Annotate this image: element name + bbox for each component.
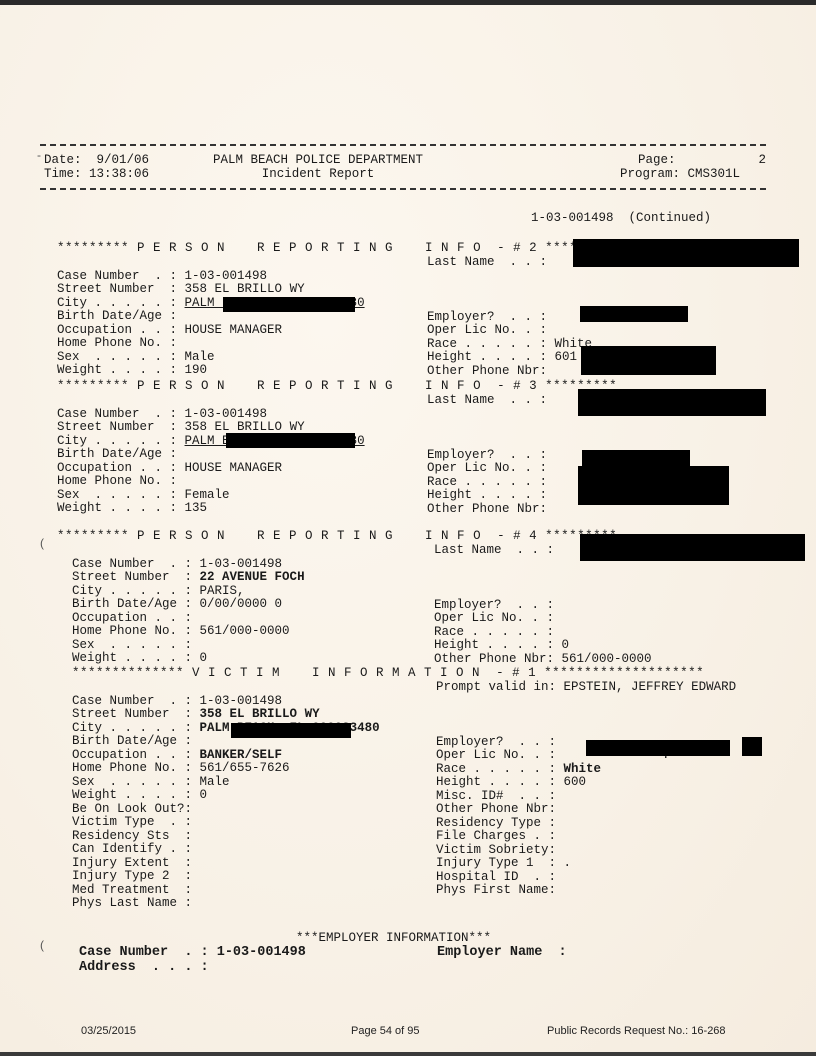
- field-city: City . . . . . : PARIS,: [72, 585, 305, 599]
- footer-date: 03/25/2015: [81, 1025, 136, 1037]
- field-can-identify: Can Identify . :: [72, 843, 380, 857]
- field-other-phone: Other Phone Nbr:: [427, 365, 592, 379]
- field-misc-id: Misc. ID# . . :: [436, 790, 601, 804]
- section-victim-left: Case Number . : 1-03-001498Street Number…: [72, 681, 380, 924]
- field-birth-date: Birth Date/Age :: [57, 448, 365, 462]
- department-name: PALM BEACH POLICE DEPARTMENT: [198, 154, 438, 168]
- field-street-number: Street Number : 22 AVENUE FOCH: [72, 571, 305, 585]
- header-date: Date: 9/01/06: [44, 154, 149, 168]
- redaction-birth-date: [226, 433, 355, 448]
- field-employer-address: Address . . . :: [79, 961, 209, 975]
- field-occupation: Occupation . . : BANKER/SELF: [72, 749, 380, 763]
- section-person-2-right: Employer? . . : Oper Lic No. . :Race . .…: [427, 297, 592, 392]
- field-height: Height . . . . : 601: [427, 351, 592, 365]
- section-person-3-right: Employer? . . :Oper Lic No. . :Race . . …: [427, 435, 547, 530]
- field-other-phone: Other Phone Nbr: 561/000-0000: [434, 653, 652, 667]
- header-program: Program: CMS301L: [620, 168, 740, 182]
- field-sex: Sex . . . . . : Female: [57, 489, 365, 503]
- redaction-birth-date: [231, 723, 351, 738]
- header-rule-top: [40, 144, 766, 146]
- field-weight: Weight . . . . : 0: [72, 789, 380, 803]
- field-oper-lic: Oper Lic No. . :: [434, 612, 652, 626]
- section-person-2-left: Case Number . : 1-03-001498Street Number…: [57, 256, 365, 391]
- field-home-phone: Home Phone No. : 561/655-7626: [72, 762, 380, 776]
- field-residency-sts: Residency Sts :: [72, 830, 380, 844]
- redaction-oper-lic-suffix: [742, 737, 762, 756]
- field-home-phone: Home Phone No. :: [57, 337, 365, 351]
- section-title-person-4: ********* P E R S O N R E P O R T I N G …: [57, 530, 617, 544]
- field-phys-last-name: Phys Last Name :: [72, 897, 380, 911]
- field-case-number: Case Number . : 1-03-001498: [57, 270, 365, 284]
- field-injury-type-2: Injury Type 2 :: [72, 870, 380, 884]
- field-employer: Employer? . . :: [427, 449, 547, 463]
- field-sex: Sex . . . . . : Male: [57, 351, 365, 365]
- field-home-phone: Home Phone No. :: [57, 475, 365, 489]
- margin-mark: -: [37, 148, 41, 162]
- field-case-number: Case Number . : 1-03-001498: [72, 558, 305, 572]
- field-oper-lic: Oper Lic No. . :: [427, 462, 547, 476]
- section-victim-right: Employer? . . :Oper Lic No. . :.Race . .…: [436, 722, 601, 911]
- field-race: Race . . . . . :: [434, 626, 652, 640]
- field-oper-lic: Oper Lic No. . :: [427, 324, 592, 338]
- field-injury-extent: Injury Extent :: [72, 857, 380, 871]
- section-person-3-left: Case Number . : 1-03-001498Street Number…: [57, 394, 365, 529]
- field-weight: Weight . . . . : 135: [57, 502, 365, 516]
- field-file-charges: File Charges . :: [436, 830, 601, 844]
- section-person-3-right-top: Last Name . . :: [427, 394, 547, 408]
- field-occupation: Occupation . . :: [72, 612, 305, 626]
- field-residency-type: Residency Type :: [436, 817, 601, 831]
- section-title-person-3: ********* P E R S O N R E P O R T I N G …: [57, 380, 617, 394]
- case-continued: 1-03-001498 (Continued): [531, 212, 711, 226]
- footer-page: Page 54 of 95: [351, 1025, 420, 1037]
- field-injury-type-1: Injury Type 1 : .: [436, 857, 601, 871]
- field-weight: Weight . . . . : 0: [72, 652, 305, 666]
- field-race: Race . . . . . :: [427, 476, 547, 490]
- report-type: Incident Report: [198, 168, 438, 182]
- field-employer-name: Employer Name :: [437, 946, 567, 960]
- redaction-last-name: [580, 534, 805, 561]
- header-time: Time: 13:38:06: [44, 168, 149, 182]
- section-person-4-left: Case Number . : 1-03-001498Street Number…: [72, 544, 305, 679]
- section-person-2-right-top: Last Name . . :: [427, 256, 547, 270]
- field-employer: Employer? . . :: [436, 736, 601, 750]
- field-street-number: Street Number : 358 EL BRILLO WY: [57, 283, 365, 297]
- field-phys-first-name: Phys First Name:: [436, 884, 601, 898]
- field-street-number: Street Number : 358 EL BRILLO WY: [72, 708, 380, 722]
- margin-mark: (: [40, 536, 44, 550]
- redaction-other-phone: [581, 346, 716, 375]
- redaction-last-name: [573, 239, 799, 267]
- field-victim-type: Victim Type . :: [72, 816, 380, 830]
- field-med-treatment: Med Treatment :: [72, 884, 380, 898]
- field-home-phone: Home Phone No. : 561/000-0000: [72, 625, 305, 639]
- field-sex: Sex . . . . . :: [72, 639, 305, 653]
- field-employer: Employer? . . :: [427, 311, 592, 325]
- redaction-oper-lic: [580, 306, 688, 322]
- field-other-phone: Other Phone Nbr:: [436, 803, 601, 817]
- field-other-phone: Other Phone Nbr:: [427, 503, 547, 517]
- field-height: Height . . . . : 600: [436, 776, 601, 790]
- header-rule-bottom: [40, 188, 766, 190]
- scan-edge-bottom: [0, 1052, 816, 1056]
- field-height: Height . . . . : 0: [434, 639, 652, 653]
- field-hospital-id: Hospital ID . :: [436, 871, 601, 885]
- field-prompt-valid: Prompt valid in: EPSTEIN, JEFFREY EDWARD: [436, 681, 736, 695]
- field-race: Race . . . . . : White: [427, 338, 592, 352]
- redaction-birth-date: [223, 297, 355, 312]
- redaction-last-name: [578, 389, 766, 416]
- redaction-oper-lic: [582, 450, 690, 466]
- field-bolo: Be On Look Out?:: [72, 803, 380, 817]
- scan-edge-top: [0, 0, 816, 5]
- field-employer-case: Case Number . : 1-03-001498: [79, 946, 306, 960]
- section-title-employer: ***EMPLOYER INFORMATION***: [296, 932, 491, 946]
- field-height: Height . . . . :: [427, 489, 547, 503]
- field-case-number: Case Number . : 1-03-001498: [57, 408, 365, 422]
- field-victim-sobriety: Victim Sobriety:: [436, 844, 601, 858]
- redaction-oper-lic: [586, 740, 730, 756]
- field-occupation: Occupation . . : HOUSE MANAGER: [57, 324, 365, 338]
- section-title-victim: ************** V I C T I M I N F O R M A…: [72, 667, 704, 681]
- section-title-person-2: ********* P E R S O N R E P O R T I N G …: [57, 242, 617, 256]
- section-person-4-right-top: Last Name . . :: [434, 544, 554, 558]
- field-occupation: Occupation . . : HOUSE MANAGER: [57, 462, 365, 476]
- footer-request-number: Public Records Request No.: 16-268: [547, 1025, 726, 1037]
- field-sex: Sex . . . . . : Male: [72, 776, 380, 790]
- field-employer: Employer? . . :: [434, 599, 652, 613]
- field-oper-lic: Oper Lic No. . :.: [436, 749, 601, 763]
- margin-mark: (: [40, 938, 44, 952]
- field-race: Race . . . . . : White: [436, 763, 601, 777]
- field-case-number: Case Number . : 1-03-001498: [72, 695, 380, 709]
- field-birth-date: Birth Date/Age :: [57, 310, 365, 324]
- header-page: Page:2: [638, 154, 766, 168]
- field-weight: Weight . . . . : 190: [57, 364, 365, 378]
- field-birth-date: Birth Date/Age : 0/00/0000 0: [72, 598, 305, 612]
- redaction-race-height-phone: [578, 466, 729, 505]
